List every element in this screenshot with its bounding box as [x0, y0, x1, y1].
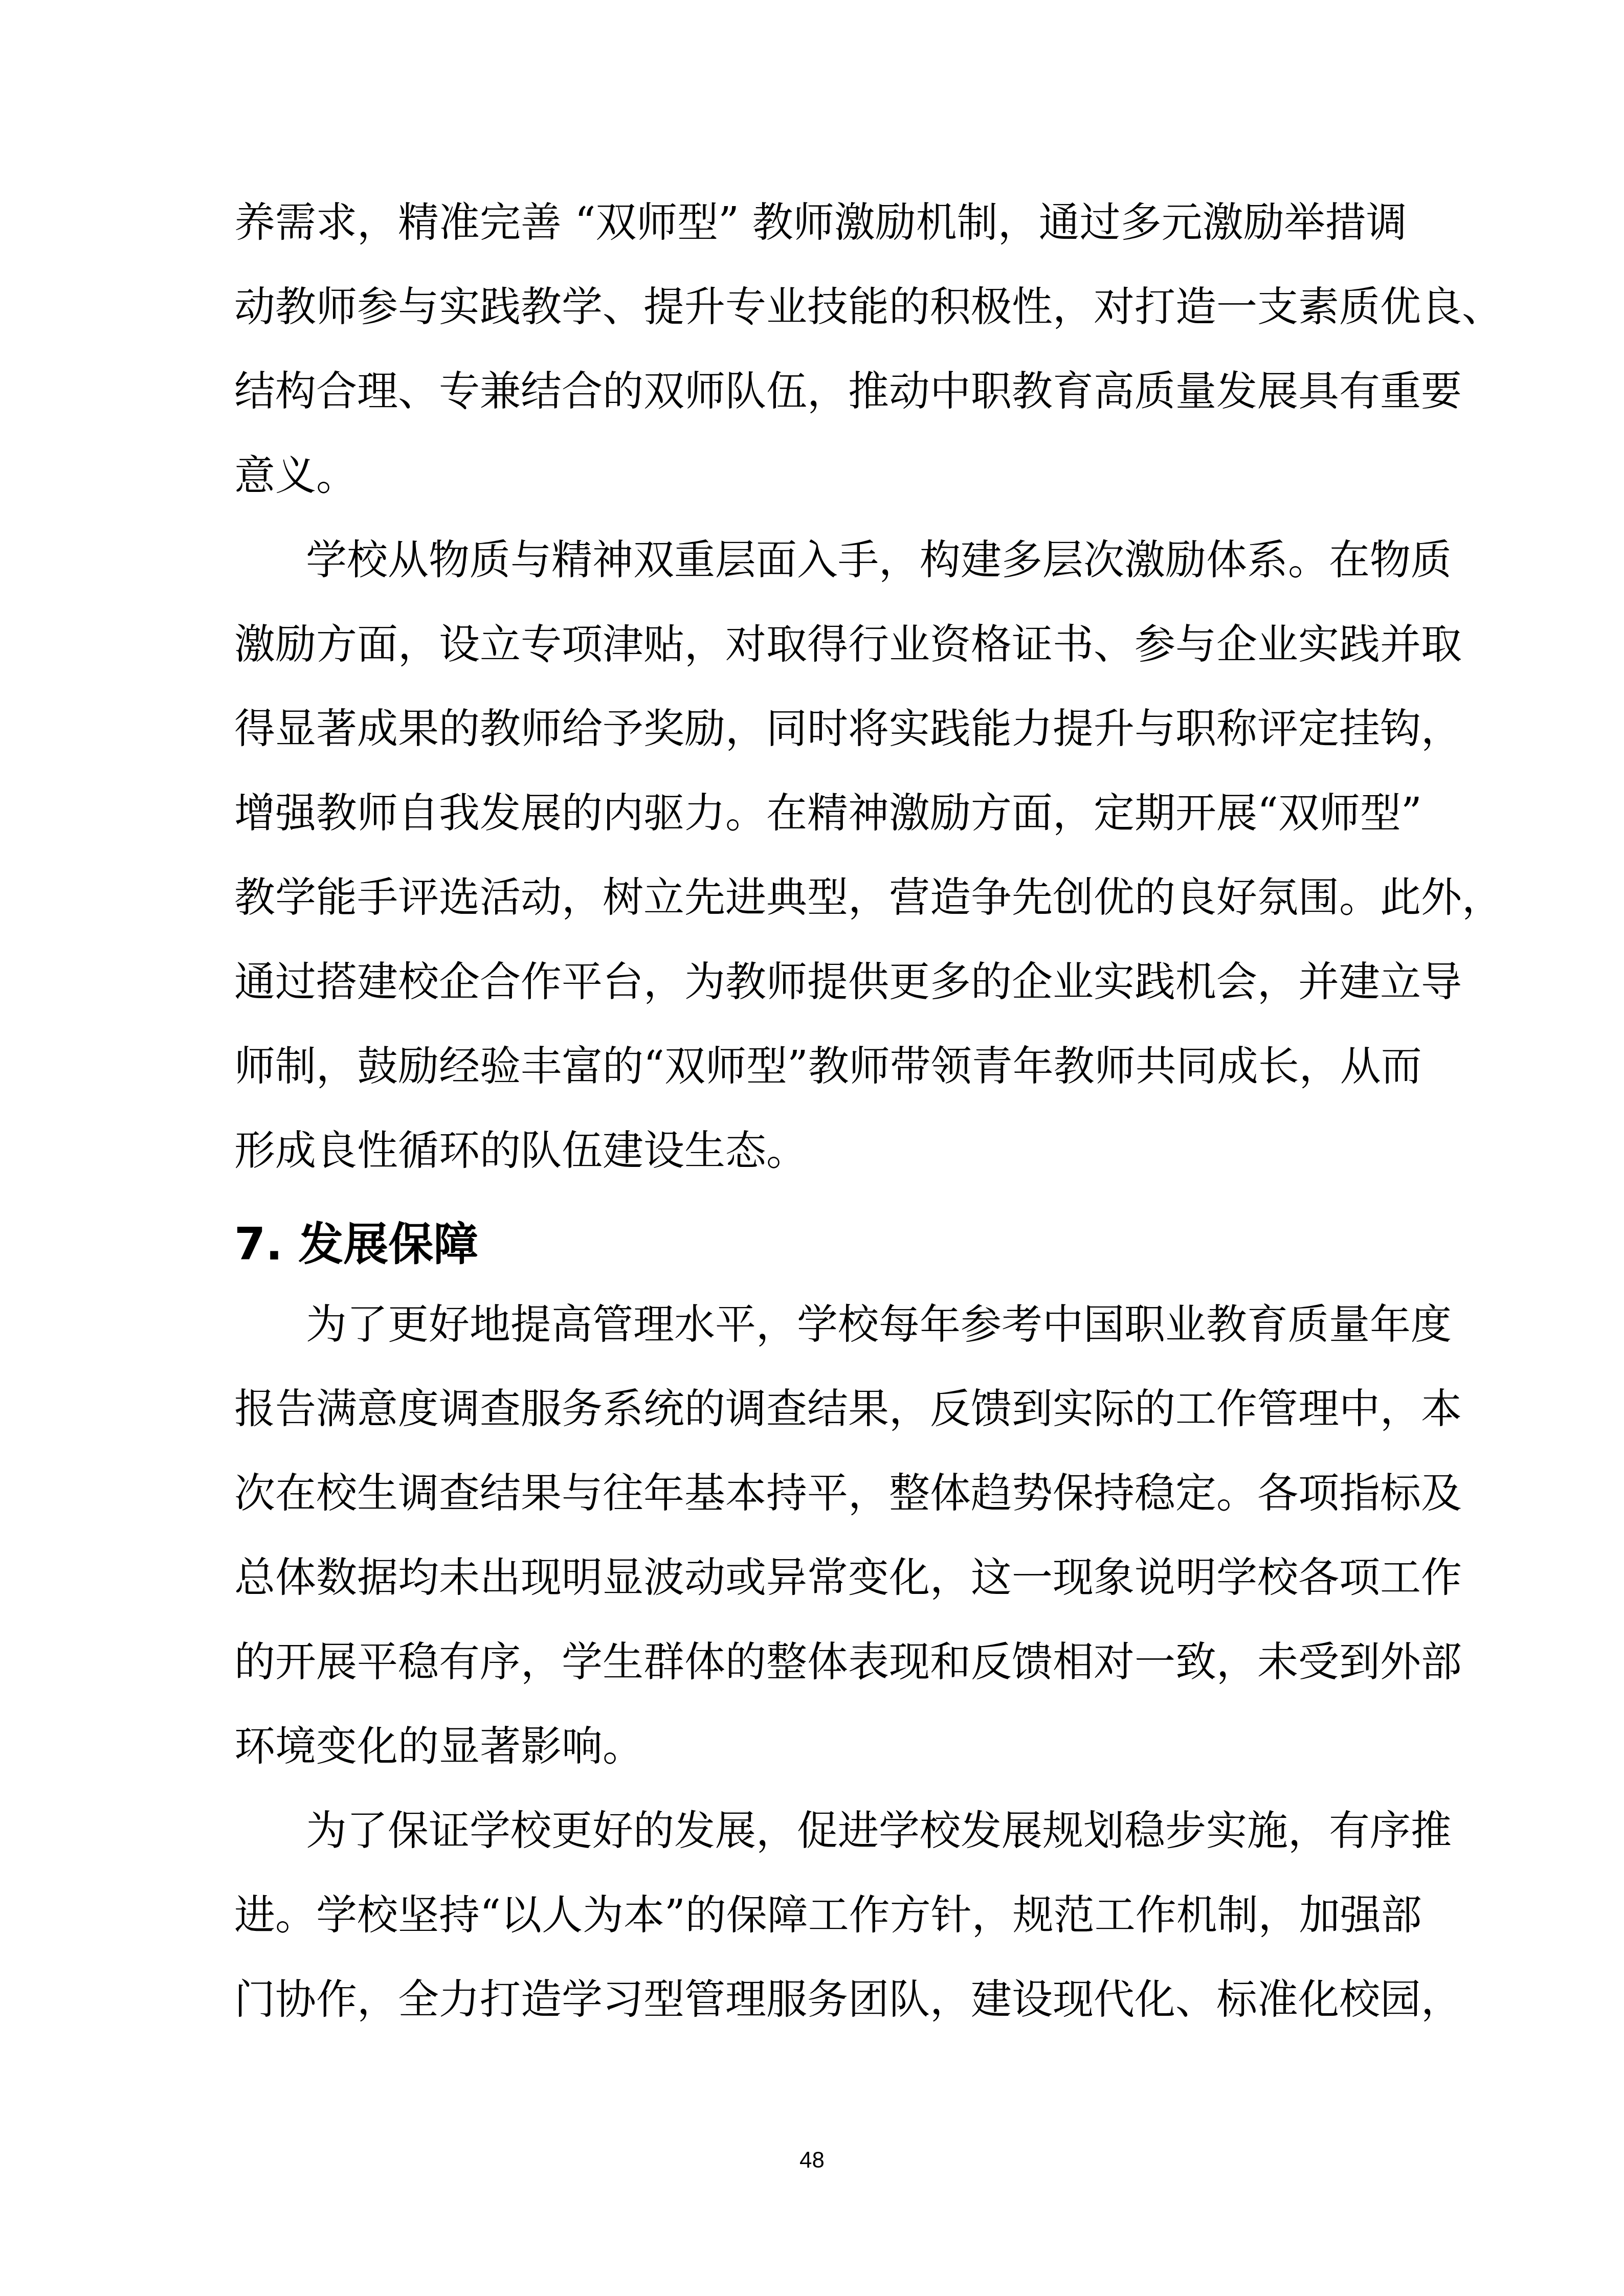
text-line: 养需求，精准完善 “双师型” 教师激励机制，通过多元激励举措调 — [234, 197, 1411, 248]
text-line: 激励方面，设立专项津贴，对取得行业资格证书、参与企业实践并取 — [234, 619, 1411, 670]
section-heading: 7. 发展保障 — [234, 1216, 478, 1272]
text-line: 为了保证学校更好的发展，促进学校发展规划稳步实施，有序推 — [306, 1805, 1482, 1856]
text-line: 动教师参与实践教学、提升专业技能的积极性，对打造一支素质优良、 — [234, 281, 1411, 332]
text-line: 总体数据均未出现明显波动或异常变化，这一现象说明学校各项工作 — [234, 1552, 1411, 1603]
text-line: 意义。 — [234, 450, 1411, 501]
text-line: 形成良性循环的队伍建设生态。 — [234, 1125, 1411, 1176]
text-line: 报告满意度调查服务系统的调查结果，反馈到实际的工作管理中，本 — [234, 1383, 1411, 1434]
text-line: 门协作，全力打造学习型管理服务团队，建设现代化、标准化校园， — [234, 1974, 1411, 2025]
text-line: 结构合理、专兼结合的双师队伍，推动中职教育高质量发展具有重要 — [234, 366, 1411, 417]
text-line: 得显著成果的教师给予奖励，同时将实践能力提升与职称评定挂钩， — [234, 703, 1411, 754]
text-line: 师制，鼓励经验丰富的“双师型”教师带领青年教师共同成长，从而 — [234, 1041, 1411, 1092]
page-number: 48 — [0, 2148, 1624, 2173]
text-line: 增强教师自我发展的内驱力。在精神激励方面，定期开展“双师型” — [234, 787, 1411, 839]
text-line: 的开展平稳有序，学生群体的整体表现和反馈相对一致，未受到外部 — [234, 1636, 1411, 1687]
text-line: 学校从物质与精神双重层面入手，构建多层次激励体系。在物质 — [306, 534, 1482, 586]
text-line: 为了更好地提高管理水平，学校每年参考中国职业教育质量年度 — [306, 1299, 1482, 1350]
text-line: 通过搭建校企合作平台，为教师提供更多的企业实践机会，并建立导 — [234, 956, 1411, 1007]
text-line: 进。学校坚持“以人为本”的保障工作方针，规范工作机制，加强部 — [234, 1889, 1411, 1941]
text-line: 次在校生调查结果与往年基本持平，整体趋势保持稳定。各项指标及 — [234, 1468, 1411, 1519]
text-line: 教学能手评选活动，树立先进典型，营造争先创优的良好氛围。此外， — [234, 872, 1411, 923]
document-page: 养需求，精准完善 “双师型” 教师激励机制，通过多元激励举措调 动教师参与实践教… — [0, 0, 1624, 2296]
text-line: 环境变化的显著影响。 — [234, 1721, 1411, 1772]
